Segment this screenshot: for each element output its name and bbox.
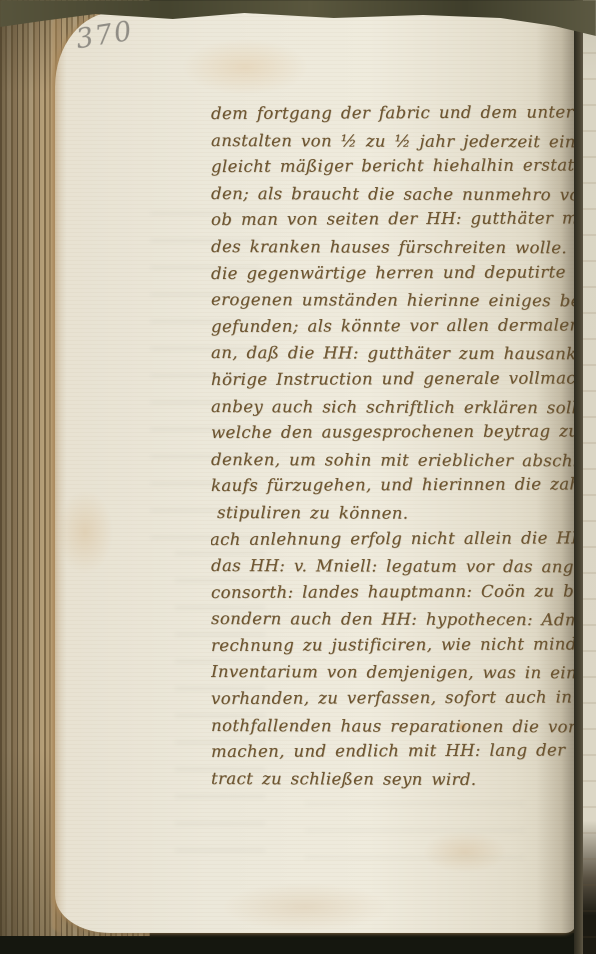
manuscript-paragraph-2: Nach anlehnung erfolg nicht allein die H… bbox=[211, 527, 578, 793]
manuscript-line: kaufs fürzugehen, und hierinnen die zahl… bbox=[211, 472, 578, 500]
manuscript-line: vorhanden, zu verfassen, sofort auch in … bbox=[211, 684, 578, 712]
manuscript-line: stipuliren zu können. bbox=[217, 500, 578, 528]
manuscript-line: rechnung zu justificiren, wie nicht mind… bbox=[211, 631, 578, 659]
manuscript-line: welche den ausgesprochenen beytrag zu be… bbox=[211, 419, 578, 447]
manuscript-scan: 370 dem fortgang der fabric und dem unte… bbox=[0, 0, 596, 954]
manuscript-line: erogenen umständen hierinne einiges bede… bbox=[211, 287, 578, 315]
manuscript-line: anbey auch sich schriftlich erklären sol… bbox=[211, 394, 578, 422]
manuscript-line: sondern auch den HH: hypothecen: Adminis… bbox=[211, 606, 578, 634]
manuscript-line: machen, und endlich mit HH: lang der eri… bbox=[211, 738, 578, 766]
manuscript-line: consorth: landes hauptmann: Coön zu beri… bbox=[211, 578, 578, 606]
manuscript-line: denken, um sohin mit erieblicher abschli… bbox=[211, 447, 578, 475]
manuscript-line: anstalten von ½ zu ½ jahr jederzeit ein … bbox=[211, 128, 578, 156]
manuscript-line: tract zu schließen seyn wird. bbox=[211, 766, 578, 793]
manuscript-line: hörige Instruction und generale vollmach… bbox=[211, 365, 578, 393]
manuscript-line: nothfallenden haus reparationen die vors… bbox=[211, 713, 578, 741]
manuscript-line: ob man von seiten der HH: gutthäter mit … bbox=[211, 206, 578, 234]
manuscript-line: Nach anlehnung erfolg nicht allein die H… bbox=[211, 525, 578, 553]
manuscript-line: die gegenwärtige herren und deputirte na… bbox=[211, 259, 578, 287]
manuscript-line: des kranken hauses fürschreiten wolle. D… bbox=[211, 234, 578, 262]
manuscript-line: den; als braucht die sache nunmehro vorz… bbox=[211, 181, 578, 209]
manuscript-line: dem fortgang der fabric und dem unterric… bbox=[211, 101, 578, 128]
manuscript-line: gleicht mäßiger bericht hiehalhin erstat… bbox=[211, 153, 578, 181]
manuscript-paragraph-1: dem fortgang der fabric und dem unterric… bbox=[211, 101, 578, 527]
manuscript-text: dem fortgang der fabric und dem unterric… bbox=[211, 101, 578, 792]
facing-page-sliver bbox=[583, 0, 596, 954]
page-fold-shadow bbox=[536, 12, 578, 933]
manuscript-line: das HH: v. Mniell: legatum vor das angew… bbox=[211, 553, 578, 581]
show-through-marks bbox=[305, 802, 525, 862]
manuscript-line: an, daß die HH: gutthäter zum hausankauf… bbox=[211, 340, 578, 368]
manuscript-line: gefunden; als könnte vor allen dermalen … bbox=[211, 312, 578, 340]
manuscript-line: Inventarium von demjenigen, was in ein s… bbox=[211, 659, 578, 687]
